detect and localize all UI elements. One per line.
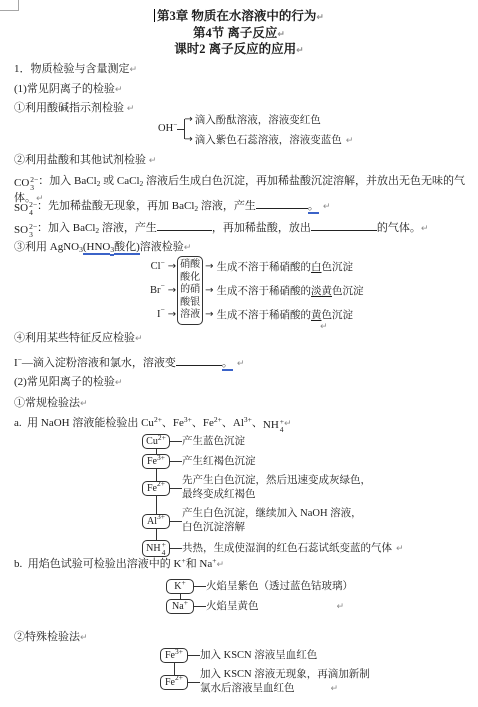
ion-label-box: NH+4 [142, 540, 170, 557]
arrow-icon: → [168, 309, 176, 320]
connector-line [170, 441, 182, 442]
connector-line [194, 586, 206, 587]
connector-line [194, 606, 206, 607]
result-text: 产生红褐色沉淀 [182, 455, 256, 469]
fork-connector-line [177, 129, 184, 150]
connector-line [170, 488, 182, 489]
ion-label-box: Na+ [166, 599, 194, 614]
result-line: →生成不溶于稀硝酸的淡黄色沉淀 [203, 283, 363, 298]
arrow-icon: → [184, 114, 192, 125]
arrow-icon: → [168, 261, 176, 272]
kscn-iron-diagram: Fe3+加入 KSCN 溶液呈血红色Fe2+加入 KSCN 溶液无现象，再滴加新… [160, 648, 370, 701]
diagram-row: Cu2+产生蓝色沉淀 [142, 434, 404, 449]
ion-label: Br−→ [150, 283, 176, 298]
diagram-row: Al3+产生白色沉淀，继续加入 NaOH 溶液，白色沉淀溶解 [142, 507, 404, 535]
agno3-halide-diagram: Cl−→Br−→I−→硝酸酸化的硝酸银溶液→生成不溶于稀硝酸的白色沉淀→生成不溶… [150, 256, 364, 325]
ion-label-box: Fe2+ [142, 481, 170, 496]
paragraph-anion-tests: (1)常见阴离子的检验↵ [14, 82, 476, 98]
connector-line [170, 521, 182, 522]
ion-label-box: Fe2+ [160, 675, 188, 690]
diagram-row: Fe3+产生红褐色沉淀 [142, 454, 404, 469]
paragraph-regular-methods: ①常规检验法↵ [14, 396, 476, 412]
ion-label-box: Cu2+ [142, 434, 170, 449]
text-cursor [154, 9, 155, 22]
result-text: 加入 KSCN 溶液呈血红色 [200, 649, 317, 663]
ion-label-box: K+ [166, 579, 194, 594]
paragraph-naoh-test-intro: a. 用 NaOH 溶液能检验出 Cu2+、Fe3+、Fe2+、Al3+、NH+… [14, 416, 476, 433]
ion-label: Cl−→ [150, 259, 176, 274]
ion-label: I−→ [150, 307, 176, 322]
paragraph-iodide-test: I−—滴入淀粉溶液和氯水，溶液变。↵ [14, 353, 476, 372]
ion-label-box: Al3+ [142, 514, 170, 529]
fork-branch: →滴入紫色石蕊溶液，溶液变蓝色↵ [184, 129, 353, 149]
result-text: 火焰呈紫色（透过蓝色钴玻璃） [206, 580, 353, 594]
paragraph-sulfite-test: SO2−3：加入 BaCl2 溶液，产生，再加稀盐酸，放出的气体。↵ [14, 218, 476, 238]
paragraph-hcl-tests: ②利用盐酸和其他试剂检验 ↵ [14, 153, 476, 169]
paragraph-agno3-test: ③利用 AgNO3(HNO3酸化)溶液检验↵ [14, 240, 476, 256]
result-column: →生成不溶于稀硝酸的白色沉淀→生成不溶于稀硝酸的淡黄色沉淀→生成不溶于稀硝酸的黄… [203, 256, 363, 325]
naoh-cation-diagram: Cu2+产生蓝色沉淀Fe3+产生红褐色沉淀Fe2+先产生白色沉淀，然后迅速变成灰… [142, 434, 404, 562]
arrow-icon: → [168, 285, 176, 296]
result-text: 火焰呈黄色↵ [206, 600, 344, 614]
connector-line [188, 682, 200, 683]
arrow-icon: → [184, 134, 192, 145]
diagram-row: Fe2+加入 KSCN 溶液无现象，再滴加新制氯水后溶液呈血红色↵ [160, 668, 370, 696]
connector-line [188, 655, 200, 656]
diagram-row: Fe2+先产生白色沉淀，然后迅速变成灰绿色，最终变成红褐色 [142, 474, 404, 502]
ion-column: Cl−→Br−→I−→ [150, 256, 176, 325]
branch-text: 滴入酚酞溶液，溶液变红色 [195, 112, 321, 127]
diagram-row: NH+4共热，生成使湿润的红色石蕊试纸变蓝的气体↵ [142, 540, 404, 557]
result-text: 产生白色沉淀，继续加入 NaOH 溶液，白色沉淀溶解 [182, 507, 362, 535]
diagram-row: Fe3+加入 KSCN 溶液呈血红色 [160, 648, 370, 663]
ion-label-box: Fe3+ [142, 454, 170, 469]
paragraph-sulfate-test: SO2−4：先加稀盐酸无现象，再加 BaCl2 溶液，产生。↵ [14, 196, 476, 216]
paragraph-special-methods: ②特殊检验法↵ [14, 630, 476, 646]
paragraph-cation-tests: (2)常见阳离子的检验↵ [14, 375, 476, 391]
arrow-icon: → [205, 309, 213, 320]
result-text: 共热，生成使湿润的红色石蕊试纸变蓝的气体↵ [182, 542, 404, 556]
chapter-title-text: 第3章 物质在水溶液中的行为↵ [157, 9, 324, 23]
connector-line [170, 548, 182, 549]
connector-line [170, 461, 182, 462]
paragraph-characteristic-tests: ④利用某些特征反应检验↵ [14, 331, 476, 347]
ion-label-box: Fe3+ [160, 648, 188, 663]
document-page: 第3章 物质在水溶液中的行为↵ 第4节 离子反应↵ 课时2 离子反应的应用↵ 1… [0, 0, 478, 707]
lesson-title: 课时2 离子反应的应用↵ [0, 41, 478, 59]
branch-text: 滴入紫色石蕊溶液，溶液变蓝色↵ [195, 132, 354, 147]
fork-branch: →滴入酚酞溶液，溶液变红色 [184, 109, 353, 129]
diagram-row: Na+火焰呈黄色↵ [166, 599, 353, 614]
chapter-title: 第3章 物质在水溶液中的行为↵ [0, 8, 478, 26]
diagram-row: K+火焰呈紫色（透过蓝色钴玻璃） [166, 579, 353, 594]
result-text: 加入 KSCN 溶液无现象，再滴加新制氯水后溶液呈血红色↵ [200, 668, 370, 696]
result-text: 先产生白色沉淀，然后迅速变成灰绿色，最终变成红褐色 [182, 474, 371, 502]
arrow-icon: → [205, 285, 213, 296]
oh-indicator-diagram: OH− →滴入酚酞溶液，溶液变红色 →滴入紫色石蕊溶液，溶液变蓝色↵ [158, 109, 353, 149]
fork-branches: →滴入酚酞溶液，溶液变红色 →滴入紫色石蕊溶液，溶液变蓝色↵ [184, 109, 353, 149]
flame-test-diagram: K+火焰呈紫色（透过蓝色钴玻璃）Na+火焰呈黄色↵ [166, 579, 353, 619]
result-line: →生成不溶于稀硝酸的白色沉淀 [203, 259, 363, 274]
result-line: →生成不溶于稀硝酸的黄色沉淀 [203, 307, 363, 322]
paragraph-flame-test-intro: b. 用焰色试验可检验出溶液中的 K+和 Na+↵ [14, 557, 476, 573]
arrow-icon: → [205, 261, 213, 272]
reagent-box: 硝酸酸化的硝酸银溶液 [177, 256, 203, 325]
result-text: 产生蓝色沉淀 [182, 435, 245, 449]
paragraph-heading-1: 1．物质检验与含量测定↵ [14, 62, 476, 78]
oh-ion-label: OH− [158, 121, 177, 149]
